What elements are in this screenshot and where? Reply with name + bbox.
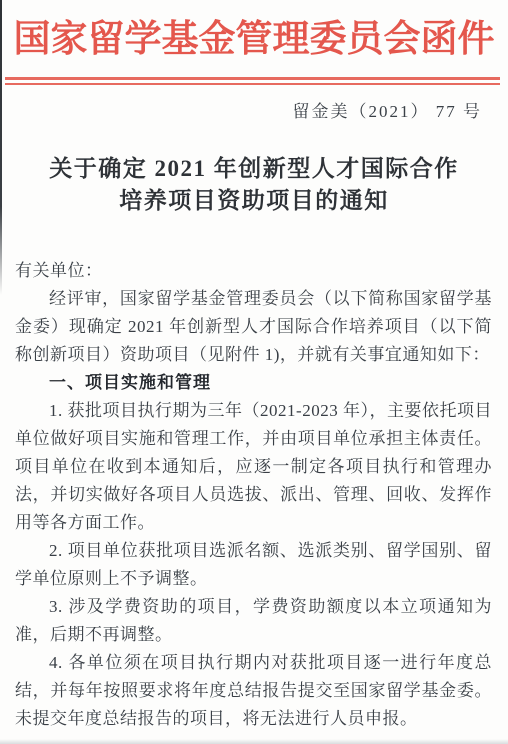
document-page: 国家留学基金管理委员会函件 留金美（2021） 77 号 关于确定 2021 年… [0,0,508,744]
notice-title-line2: 培养项目资助项目的通知 [0,185,508,217]
body-item-3: 3. 涉及学费资助的项目，学费资助额度以本立项通知为准，后期不再调整。 [15,593,492,649]
body-item-1: 1. 获批项目执行期为三年（2021-2023 年），主要依托项目单位做好项目实… [15,397,492,537]
salutation: 有关单位： [15,257,492,285]
letterhead: 国家留学基金管理委员会函件 留金美（2021） 77 号 [0,0,508,122]
document-number: 留金美（2021） 77 号 [0,97,508,122]
notice-title: 关于确定 2021 年创新型人才国际合作 培养项目资助项目的通知 [0,153,508,217]
body-item-2: 2. 项目单位获批项目选派名额、选派类别、留学国别、留学单位原则上不予调整。 [15,537,492,593]
intro-paragraph: 经评审，国家留学基金管理委员会（以下简称国家留学基金委）现确定 2021 年创新… [15,285,492,369]
section-1-heading: 一、项目实施和管理 [15,369,492,397]
scan-bottom-shadow [0,739,508,744]
notice-body: 有关单位： 经评审，国家留学基金管理委员会（以下简称国家留学基金委）现确定 20… [15,257,492,733]
document-content: 关于确定 2021 年创新型人才国际合作 培养项目资助项目的通知 有关单位： 经… [0,153,508,733]
letterhead-title: 国家留学基金管理委员会函件 [0,0,508,62]
scan-edge-artifact [0,0,2,295]
letterhead-divider [5,77,500,85]
body-item-4: 4. 各单位须在项目执行期内对获批项目逐一进行年度总结，并每年按照要求将年度总结… [15,649,492,733]
notice-title-line1: 关于确定 2021 年创新型人才国际合作 [0,153,508,185]
